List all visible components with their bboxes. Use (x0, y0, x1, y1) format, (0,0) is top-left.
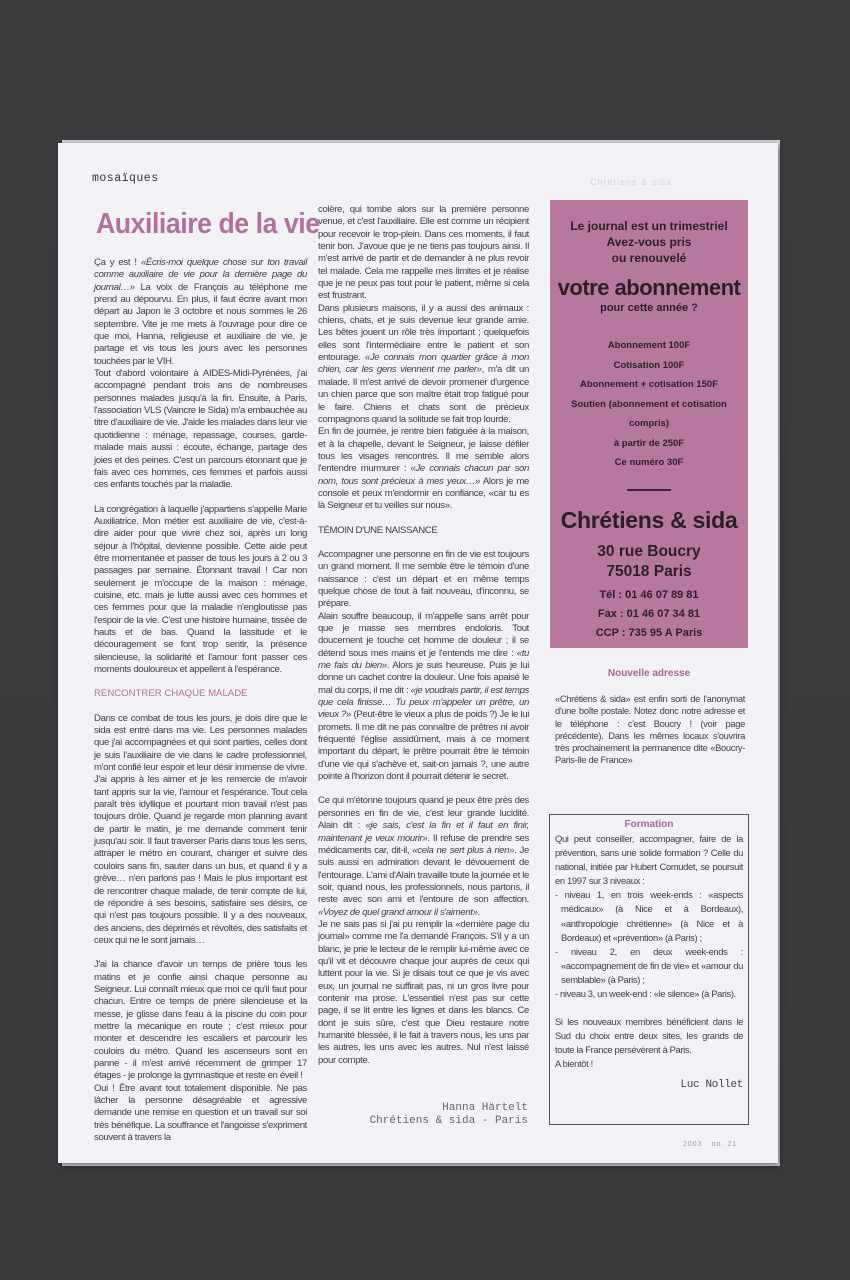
price-item: Ce numéro 30F (550, 453, 748, 473)
address-line: 75018 Paris (550, 562, 748, 582)
subheading: TÉMOIN D'UNE NAISSANCE (318, 525, 529, 537)
formation-body: Qui peut conseiller, accompagner, faire … (555, 832, 743, 1092)
paragraph: Dans ce combat de tous les jours, je doi… (94, 713, 307, 948)
price-item: à partir de 250F (550, 434, 748, 454)
paragraph: La congrégation à laquelle j'appartiens … (94, 504, 307, 677)
ccp: CCP : 735 95 A Paris (550, 624, 748, 643)
paragraph: Ça y est ! «Écris-moi quelque chose sur … (94, 257, 307, 368)
formation-signature: Luc Nollet (555, 1078, 743, 1092)
promo-line: Le journal est un trimestriel (550, 218, 748, 234)
paragraph: Oui ! Être avant tout totalement disponi… (94, 1083, 307, 1145)
formation-farewell: A bientôt ! (555, 1057, 743, 1071)
address-line: 30 rue Boucry (550, 542, 748, 562)
formation-level: - niveau 1, en trois week-ends : «aspect… (555, 888, 743, 944)
formation-intro: Qui peut conseiller, accompagner, faire … (555, 832, 743, 888)
paragraph: J'ai la chance d'avoir un temps de prièr… (94, 959, 307, 1082)
price-item: Abonnement + cotisation 150F (550, 375, 748, 395)
article-title: Auxiliaire de la vie (96, 208, 320, 241)
faint-running-head: Chrétiens & sida (590, 177, 672, 187)
price-item: Soutien (abonnement et cotisation compri… (550, 395, 748, 434)
paragraph: Ce qui m'étonne toujours quand je peux ê… (318, 795, 529, 918)
article-signature: Hanna Härtelt Chrétiens & sida - Paris (320, 1102, 528, 1128)
page-number: 2003 · no. 21 (683, 1141, 737, 1148)
subscription-box: Le journal est un trimestriel Avez-vous … (550, 200, 748, 648)
paragraph: Dans plusieurs maisons, il y a aussi des… (318, 303, 529, 426)
phone: Tél : 01 46 07 89 81 (550, 586, 748, 605)
promo-line: ou renouvelé (550, 250, 748, 266)
promo-line: Avez-vous pris (550, 234, 748, 250)
promo-subline: pour cette année ? (550, 302, 748, 314)
article-column-1: Ça y est ! «Écris-moi quelque chose sur … (94, 257, 307, 1144)
org-address: 30 rue Boucry 75018 Paris (550, 542, 748, 582)
divider (627, 489, 671, 491)
section-label: mosaïques (92, 172, 159, 185)
news-body: «Chrétiens & sida» est enfin sorti de l'… (555, 693, 745, 767)
org-contact: Tél : 01 46 07 89 81 Fax : 01 46 07 34 8… (550, 586, 748, 643)
news-title: Nouvelle adresse (550, 668, 748, 679)
promo-headline: votre abonnement (550, 276, 748, 300)
formation-title: Formation (555, 819, 743, 830)
org-name: Chrétiens & sida (550, 507, 748, 534)
formation-level: - niveau 2, en deux week-ends : «accompa… (555, 945, 743, 987)
promo-intro: Le journal est un trimestriel Avez-vous … (550, 218, 748, 266)
paragraph: colère, qui tombe alors sur la première … (318, 204, 529, 303)
paragraph: Alain souffre beaucoup, il m'appelle san… (318, 611, 529, 784)
price-item: Abonnement 100F (550, 336, 748, 356)
article-column-2: colère, qui tombe alors sur la première … (318, 204, 529, 1067)
author-name: Hanna Härtelt (320, 1102, 528, 1115)
formation-level: - niveau 3, un week-end : «le silence» (… (555, 987, 743, 1001)
paragraph: Accompagner une personne en fin de vie e… (318, 549, 529, 611)
price-list: Abonnement 100F Cotisation 100F Abonneme… (550, 336, 748, 473)
paragraph: Tout d'abord volontaire à AIDES-Midi-Pyr… (94, 368, 307, 491)
formation-box: Formation Qui peut conseiller, accompagn… (549, 814, 749, 1125)
paragraph: En fin de journée, je rentre bien fatigu… (318, 426, 529, 512)
price-item: Cotisation 100F (550, 356, 748, 376)
formation-closing: Si les nouveaux membres bénéficient dans… (555, 1015, 743, 1057)
fax: Fax : 01 46 07 34 81 (550, 605, 748, 624)
paragraph: Je ne sais pas si j'ai pu remplir la «de… (318, 919, 529, 1067)
subheading: RENCONTRER CHAQUE MALADE (94, 688, 307, 700)
author-org: Chrétiens & sida - Paris (320, 1115, 528, 1128)
